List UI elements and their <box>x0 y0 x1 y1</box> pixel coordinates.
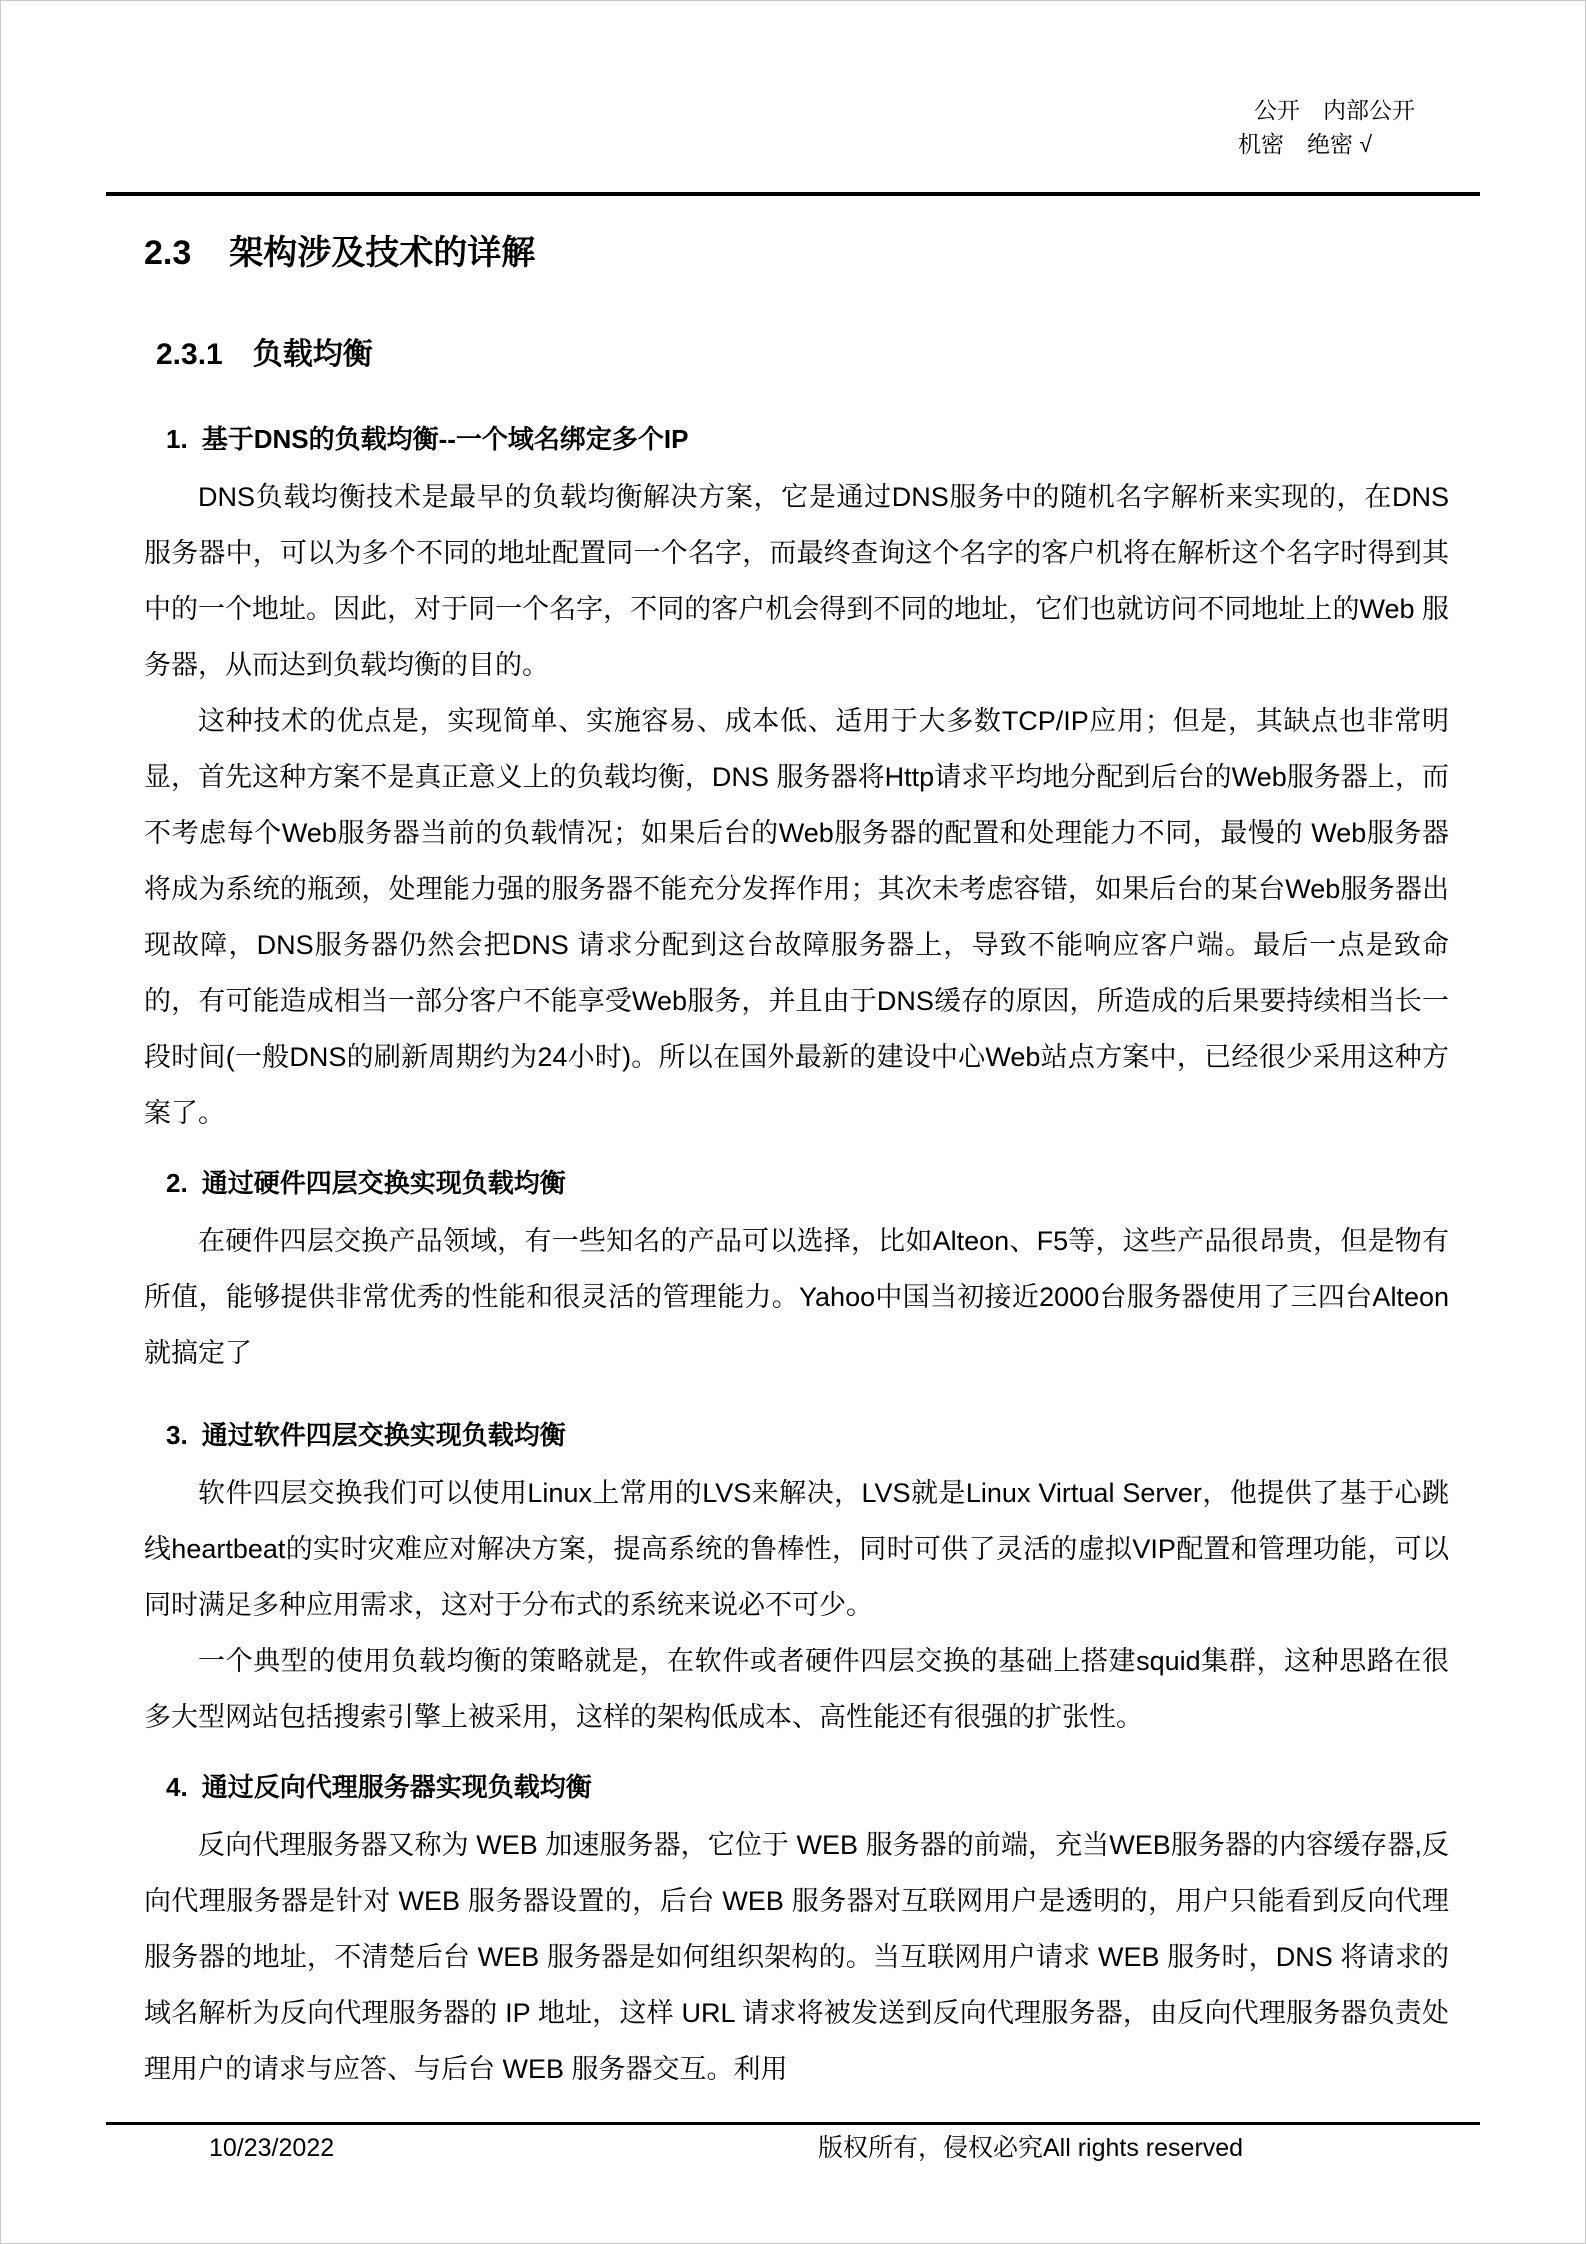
subsection-number: 2.3.1 <box>156 338 223 371</box>
footer-date: 10/23/2022 <box>209 2133 334 2163</box>
item-heading-4: 4.通过反向代理服务器实现负载均衡 <box>166 1771 1449 1803</box>
item-heading-2: 2.通过硬件四层交换实现负载均衡 <box>166 1167 1449 1199</box>
item-title-4: 通过反向代理服务器实现负载均衡 <box>202 1772 592 1802</box>
section-heading: 2.3架构涉及技术的详解 <box>144 233 1449 273</box>
paragraph: 这种技术的优点是，实现简单、实施容易、成本低、适用于大多数TCP/IP应用；但是… <box>144 693 1449 1141</box>
paragraph: DNS负载均衡技术是最早的负载均衡解决方案，它是通过DNS服务中的随机名字解析来… <box>144 469 1449 693</box>
item-title-2: 通过硬件四层交换实现负载均衡 <box>202 1168 566 1198</box>
section-number: 2.3 <box>144 234 191 272</box>
paragraph: 反向代理服务器又称为 WEB 加速服务器，它位于 WEB 服务器的前端，充当WE… <box>144 1817 1449 2097</box>
paragraph: 软件四层交换我们可以使用Linux上常用的LVS来解决，LVS就是Linux V… <box>144 1465 1449 1633</box>
footer-rule <box>106 2122 1480 2125</box>
item-heading-3: 3.通过软件四层交换实现负载均衡 <box>166 1419 1449 1451</box>
item-number-1: 1. <box>166 424 188 454</box>
item-title-1: 基于DNS的负载均衡--一个域名绑定多个IP <box>202 424 689 454</box>
subsection-title: 负载均衡 <box>253 338 373 371</box>
footer-copyright: 版权所有，侵权必究All rights reserved <box>818 2133 1243 2163</box>
item-number-4: 4. <box>166 1772 188 1802</box>
section-title: 架构涉及技术的详解 <box>229 234 535 272</box>
paragraph: 一个典型的使用负载均衡的策略就是，在软件或者硬件四层交换的基础上搭建squid集… <box>144 1633 1449 1745</box>
document-body: 2.3架构涉及技术的详解 2.3.1负载均衡 1.基于DNS的负载均衡--一个域… <box>144 1 1449 2097</box>
subsection-heading: 2.3.1负载均衡 <box>156 337 1449 373</box>
document-page: 公开 内部公开 机密 绝密 √ 2.3架构涉及技术的详解 2.3.1负载均衡 1… <box>0 0 1586 2244</box>
item-number-3: 3. <box>166 1420 188 1450</box>
item-title-3: 通过软件四层交换实现负载均衡 <box>202 1420 566 1450</box>
item-heading-1: 1.基于DNS的负载均衡--一个域名绑定多个IP <box>166 423 1449 455</box>
item-number-2: 2. <box>166 1168 188 1198</box>
paragraph: 在硬件四层交换产品领域，有一些知名的产品可以选择，比如Alteon、F5等，这些… <box>144 1213 1449 1381</box>
